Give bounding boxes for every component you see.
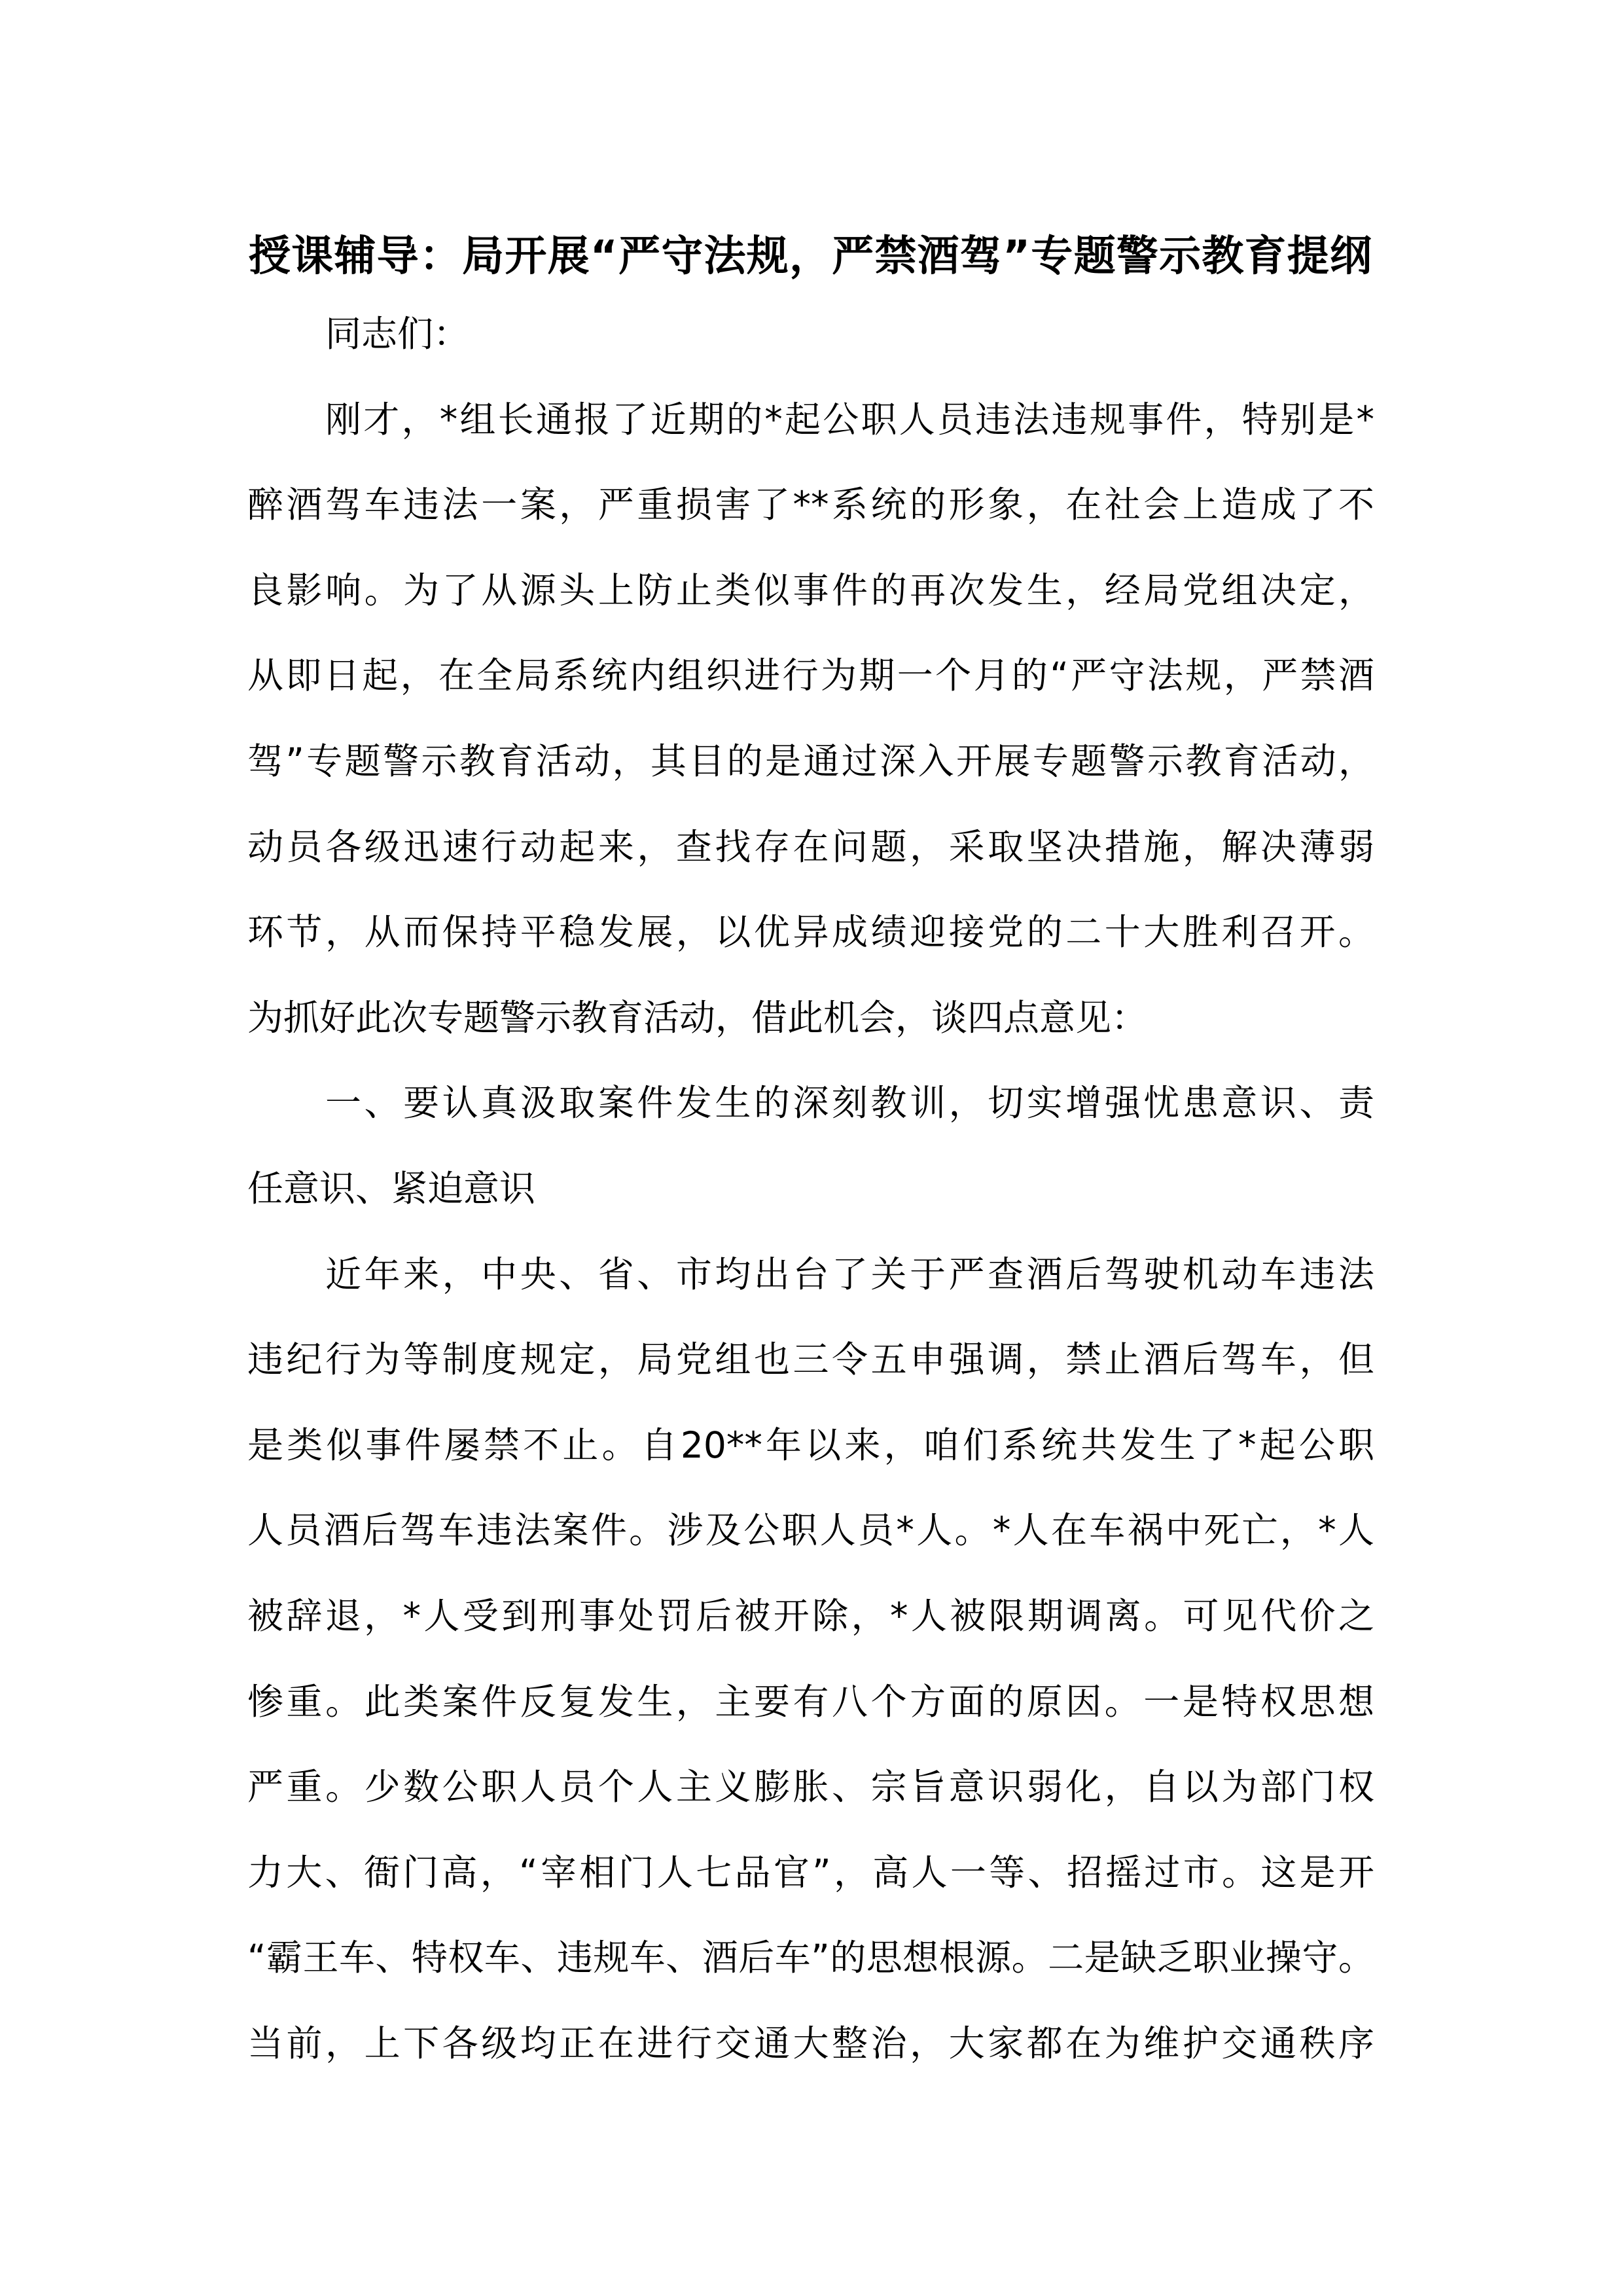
body-line: 动员各级迅速行动起来，查找存在问题，采取坚决措施，解决薄弱	[247, 821, 1374, 873]
body-line: 从即日起，在全局系统内组织进行为期一个月的“严守法规，严禁酒	[247, 649, 1374, 702]
body-line: 良影响。为了从源头上防止类似事件的再次发生，经局党组决定，	[247, 564, 1374, 617]
body-line: 一、要认真汲取案件发生的深刻教训，切实增强忧患意识、责	[325, 1077, 1374, 1129]
body-line: 任意识、紧迫意识	[247, 1162, 535, 1215]
body-line: 驾”专题警示教育活动，其目的是通过深入开展专题警示教育活动，	[247, 735, 1374, 787]
body-line: 严重。少数公职人员个人主义膨胀、宗旨意识弱化，自以为部门权	[247, 1761, 1374, 1813]
document-title: 授课辅导：局开展“严守法规，严禁酒驾”专题警示教育提纲	[249, 230, 1372, 283]
body-line: “霸王车、特权车、违规车、酒后车”的思想根源。二是缺乏职业操守。	[247, 1931, 1374, 1984]
body-line: 是类似事件屡禁不止。自20**年以来，咱们系统共发生了*起公职	[247, 1419, 1374, 1471]
body-line: 为抓好此次专题警示教育活动，借此机会，谈四点意见：	[247, 992, 1147, 1044]
body-line: 违纪行为等制度规定，局党组也三令五申强调，禁止酒后驾车，但	[247, 1333, 1374, 1386]
body-line: 惨重。此类案件反复发生，主要有八个方面的原因。一是特权思想	[247, 1676, 1374, 1728]
body-line: 人员酒后驾车违法案件。涉及公职人员*人。*人在车祸中死亡，*人	[247, 1504, 1374, 1556]
body-line: 刚才，*组长通报了近期的*起公职人员违法违规事件，特别是*	[325, 393, 1374, 446]
document-page: 授课辅导：局开展“严守法规，严禁酒驾”专题警示教育提纲 同志们：刚才，*组长通报…	[0, 0, 1623, 2296]
body-line: 力大、衙门高，“宰相门人七品官”，高人一等、招摇过市。这是开	[247, 1846, 1374, 1899]
body-line: 醉酒驾车违法一案，严重损害了**系统的形象，在社会上造成了不	[247, 478, 1374, 531]
body-line: 当前，上下各级均正在进行交通大整治，大家都在为维护交通秩序	[247, 2017, 1374, 2070]
body-line: 被辞退，*人受到刑事处罚后被开除，*人被限期调离。可见代价之	[247, 1590, 1374, 1642]
body-line: 近年来，中央、省、市均出台了关于严查酒后驾驶机动车违法	[325, 1248, 1374, 1300]
body-line: 环节，从而保持平稳发展，以优异成绩迎接党的二十大胜利召开。	[247, 906, 1374, 958]
body-line: 同志们：	[325, 308, 469, 360]
